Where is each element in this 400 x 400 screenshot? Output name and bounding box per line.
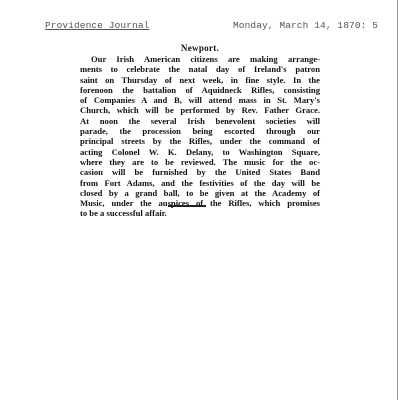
newspaper-source: Providence Journal [45, 20, 149, 31]
page-edge-line [397, 0, 398, 400]
article-line: saint on Thursday of next week, in fine … [80, 75, 320, 85]
publication-date: Monday, March 14, 1870: 5 [233, 20, 378, 31]
document-page: Providence Journal Monday, March 14, 187… [0, 0, 400, 400]
article-line: principal streets by the Rifles, under t… [80, 136, 320, 146]
article-line: to be a successful affair. [80, 208, 320, 218]
article-body: Our Irish American citizens are making a… [80, 54, 320, 219]
article-line: forenoon the battalion of Aquidneck Rifl… [80, 85, 320, 95]
article-line: where they are to be reviewed. The music… [80, 157, 320, 167]
article-end-rule [168, 205, 206, 207]
article-line: Church, which will be performed by Rev. … [80, 105, 320, 115]
article-line: from Fort Adams, and the festivities of … [80, 178, 320, 188]
article-line: closed by a grand ball, to be given at t… [80, 188, 320, 198]
article-line: Music, under the auspices of the Rifles,… [80, 198, 320, 208]
article-line: Our Irish American citizens are making a… [80, 54, 320, 64]
article-line: parade, the procession being escorted th… [80, 126, 320, 136]
article-title: Newport. [80, 43, 320, 53]
article-clipping: Newport. Our Irish American citizens are… [80, 43, 320, 219]
article-line: ments to celebrate the natal day of Irel… [80, 64, 320, 74]
article-line: At noon the several Irish benevolent soc… [80, 116, 320, 126]
article-line: acting Colonel W. K. Delany, to Washingt… [80, 147, 320, 157]
article-line: of Companies A and B, will attend mass i… [80, 95, 320, 105]
article-line: casion will be furnished by the United S… [80, 167, 320, 177]
